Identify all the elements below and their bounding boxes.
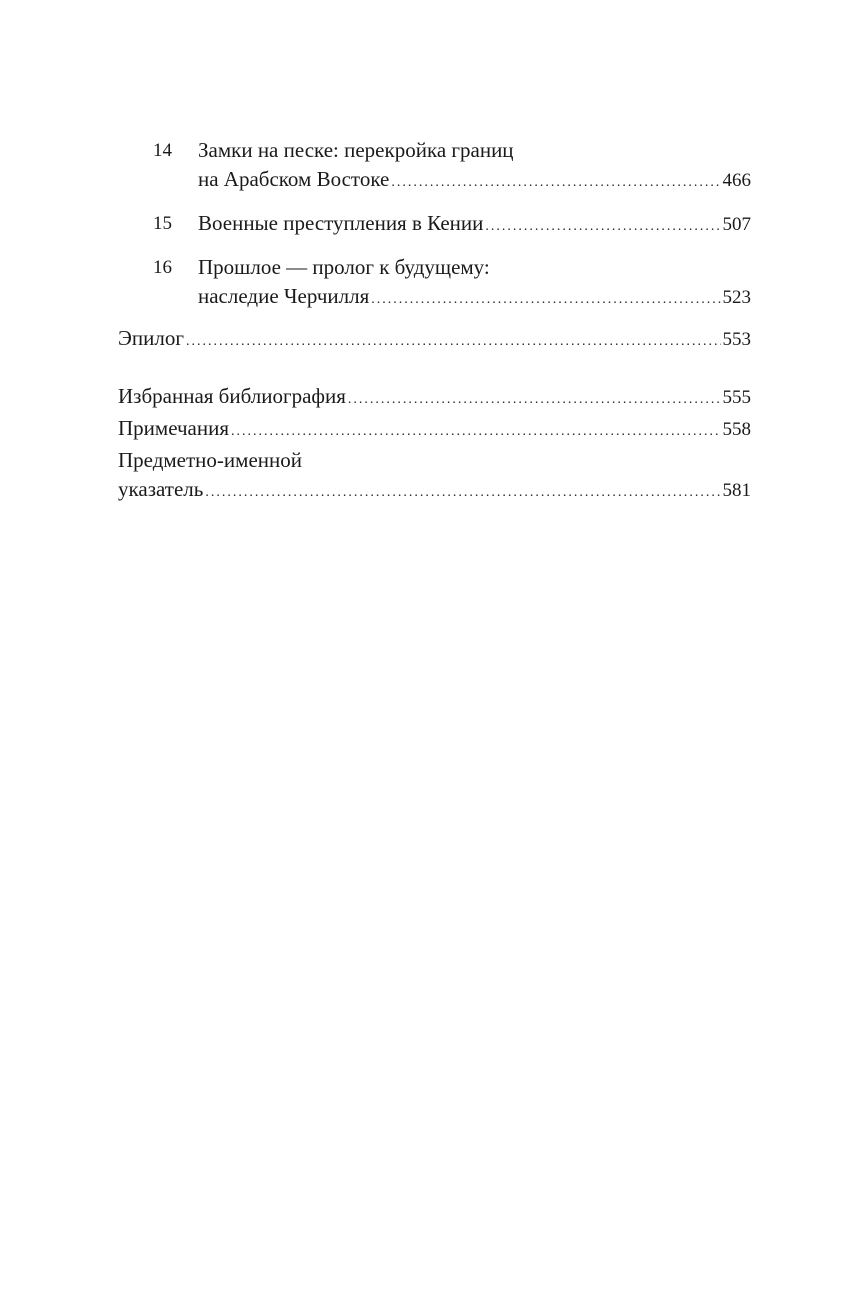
dot-leader [231,417,720,446]
dot-leader [371,285,720,314]
entry-title: Эпилог [118,324,184,353]
chapter-title-line: Военные преступления в Кении [198,209,483,238]
dot-leader [391,168,720,197]
toc-line: на Арабском Востоке 466 [198,165,751,197]
toc-line: наследие Черчилля 523 [198,282,751,314]
entry-title-line: указатель [118,475,203,504]
toc-entry-notes[interactable]: Примечания 558 [118,414,751,446]
page-number: 558 [723,415,752,444]
page-number: 581 [723,476,752,505]
toc-line: Избранная библиография 555 [118,382,751,414]
toc-entry-epilogue[interactable]: Эпилог 553 [118,324,751,356]
dot-leader [485,212,720,241]
dot-leader [205,478,720,507]
toc-line: Военные преступления в Кении 507 [198,209,751,241]
chapter-title-line: Прошлое — пролог к будущему: [198,253,751,282]
chapter-number: 15 [153,209,172,238]
chapter-title-line: на Арабском Востоке [198,165,389,194]
chapter-title-line: Замки на песке: перекройка границ [198,136,751,165]
entry-title-line: Предметно-именной [118,446,751,475]
page-number: 507 [723,210,752,239]
entry-title: Избранная библиография [118,382,346,411]
page-number: 553 [723,325,752,354]
toc-entry-chapter-16[interactable]: 16 Прошлое — пролог к будущему: наследие… [118,253,751,314]
dot-leader [348,385,721,414]
page-number: 555 [723,383,752,412]
entry-title: Примечания [118,414,229,443]
page-number: 466 [723,166,752,195]
toc-entry-chapter-14[interactable]: 14 Замки на песке: перекройка границ на … [118,136,751,197]
toc-line: Примечания 558 [118,414,751,446]
toc-line: указатель 581 [118,475,751,507]
toc-entry-chapter-15[interactable]: 15 Военные преступления в Кении 507 [118,209,751,241]
chapter-number: 16 [153,253,172,282]
toc-entry-bibliography[interactable]: Избранная библиография 555 [118,382,751,414]
table-of-contents: 14 Замки на песке: перекройка границ на … [118,136,751,507]
dot-leader [186,327,721,356]
chapter-number: 14 [153,136,172,165]
chapter-title-line: наследие Черчилля [198,282,369,311]
toc-line: Эпилог 553 [118,324,751,356]
toc-entry-index[interactable]: Предметно-именной указатель 581 [118,446,751,507]
page-number: 523 [723,283,752,312]
